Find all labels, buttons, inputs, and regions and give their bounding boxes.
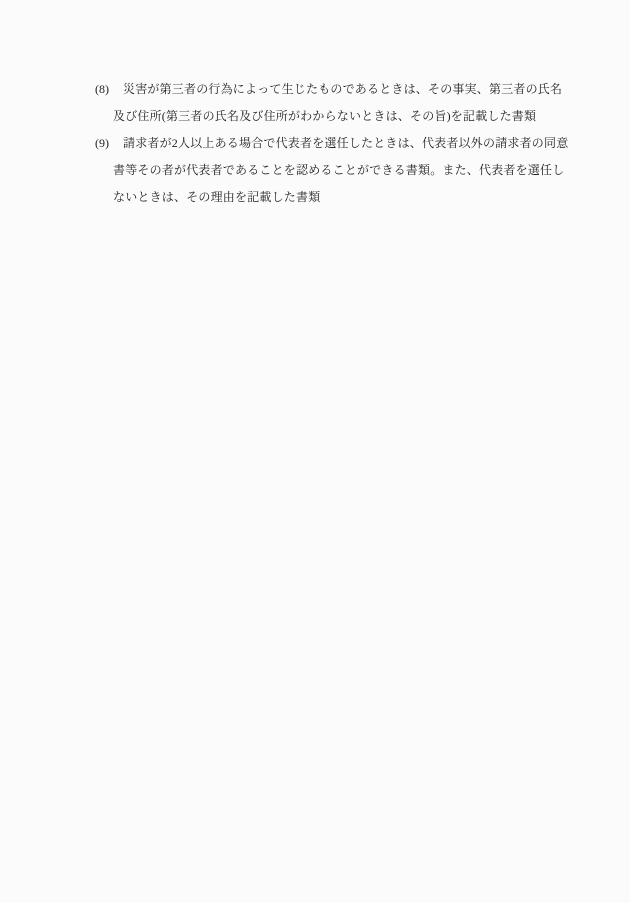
item-text-line: 書等その者が代表者であることを認めることができる書類。また、代表者を選任し xyxy=(113,163,564,177)
item-text-line: ないときは、その理由を記載した書類 xyxy=(113,190,320,204)
item-text-line: 災害が第三者の行為によって生じたものであるときは、その事実、第三者の氏名 xyxy=(123,82,562,96)
document-page: (8)災害が第三者の行為によって生じたものであるときは、その事実、第三者の氏名 … xyxy=(0,0,630,903)
item-number: (9) xyxy=(95,130,123,157)
list-item-8: (8)災害が第三者の行為によって生じたものであるときは、その事実、第三者の氏名 … xyxy=(95,76,569,130)
list-item-8-line-2: 及び住所(第三者の氏名及び住所がわからないときは、その旨)を記載した書類 xyxy=(95,103,569,130)
list-item-9-line-2: 書等その者が代表者であることを認めることができる書類。また、代表者を選任し xyxy=(95,157,569,184)
item-number: (8) xyxy=(95,76,123,103)
item-text-line: 請求者が2人以上ある場合で代表者を選任したときは、代表者以外の請求者の同意 xyxy=(123,136,568,150)
item-text-line: 及び住所(第三者の氏名及び住所がわからないときは、その旨)を記載した書類 xyxy=(113,109,536,123)
list-item-9: (9)請求者が2人以上ある場合で代表者を選任したときは、代表者以外の請求者の同意… xyxy=(95,130,569,211)
list-item-9-line-1: (9)請求者が2人以上ある場合で代表者を選任したときは、代表者以外の請求者の同意 xyxy=(95,130,569,157)
list-item-8-line-1: (8)災害が第三者の行為によって生じたものであるときは、その事実、第三者の氏名 xyxy=(95,76,569,103)
document-text-block: (8)災害が第三者の行為によって生じたものであるときは、その事実、第三者の氏名 … xyxy=(95,76,569,211)
list-item-9-line-3: ないときは、その理由を記載した書類 xyxy=(95,184,569,211)
